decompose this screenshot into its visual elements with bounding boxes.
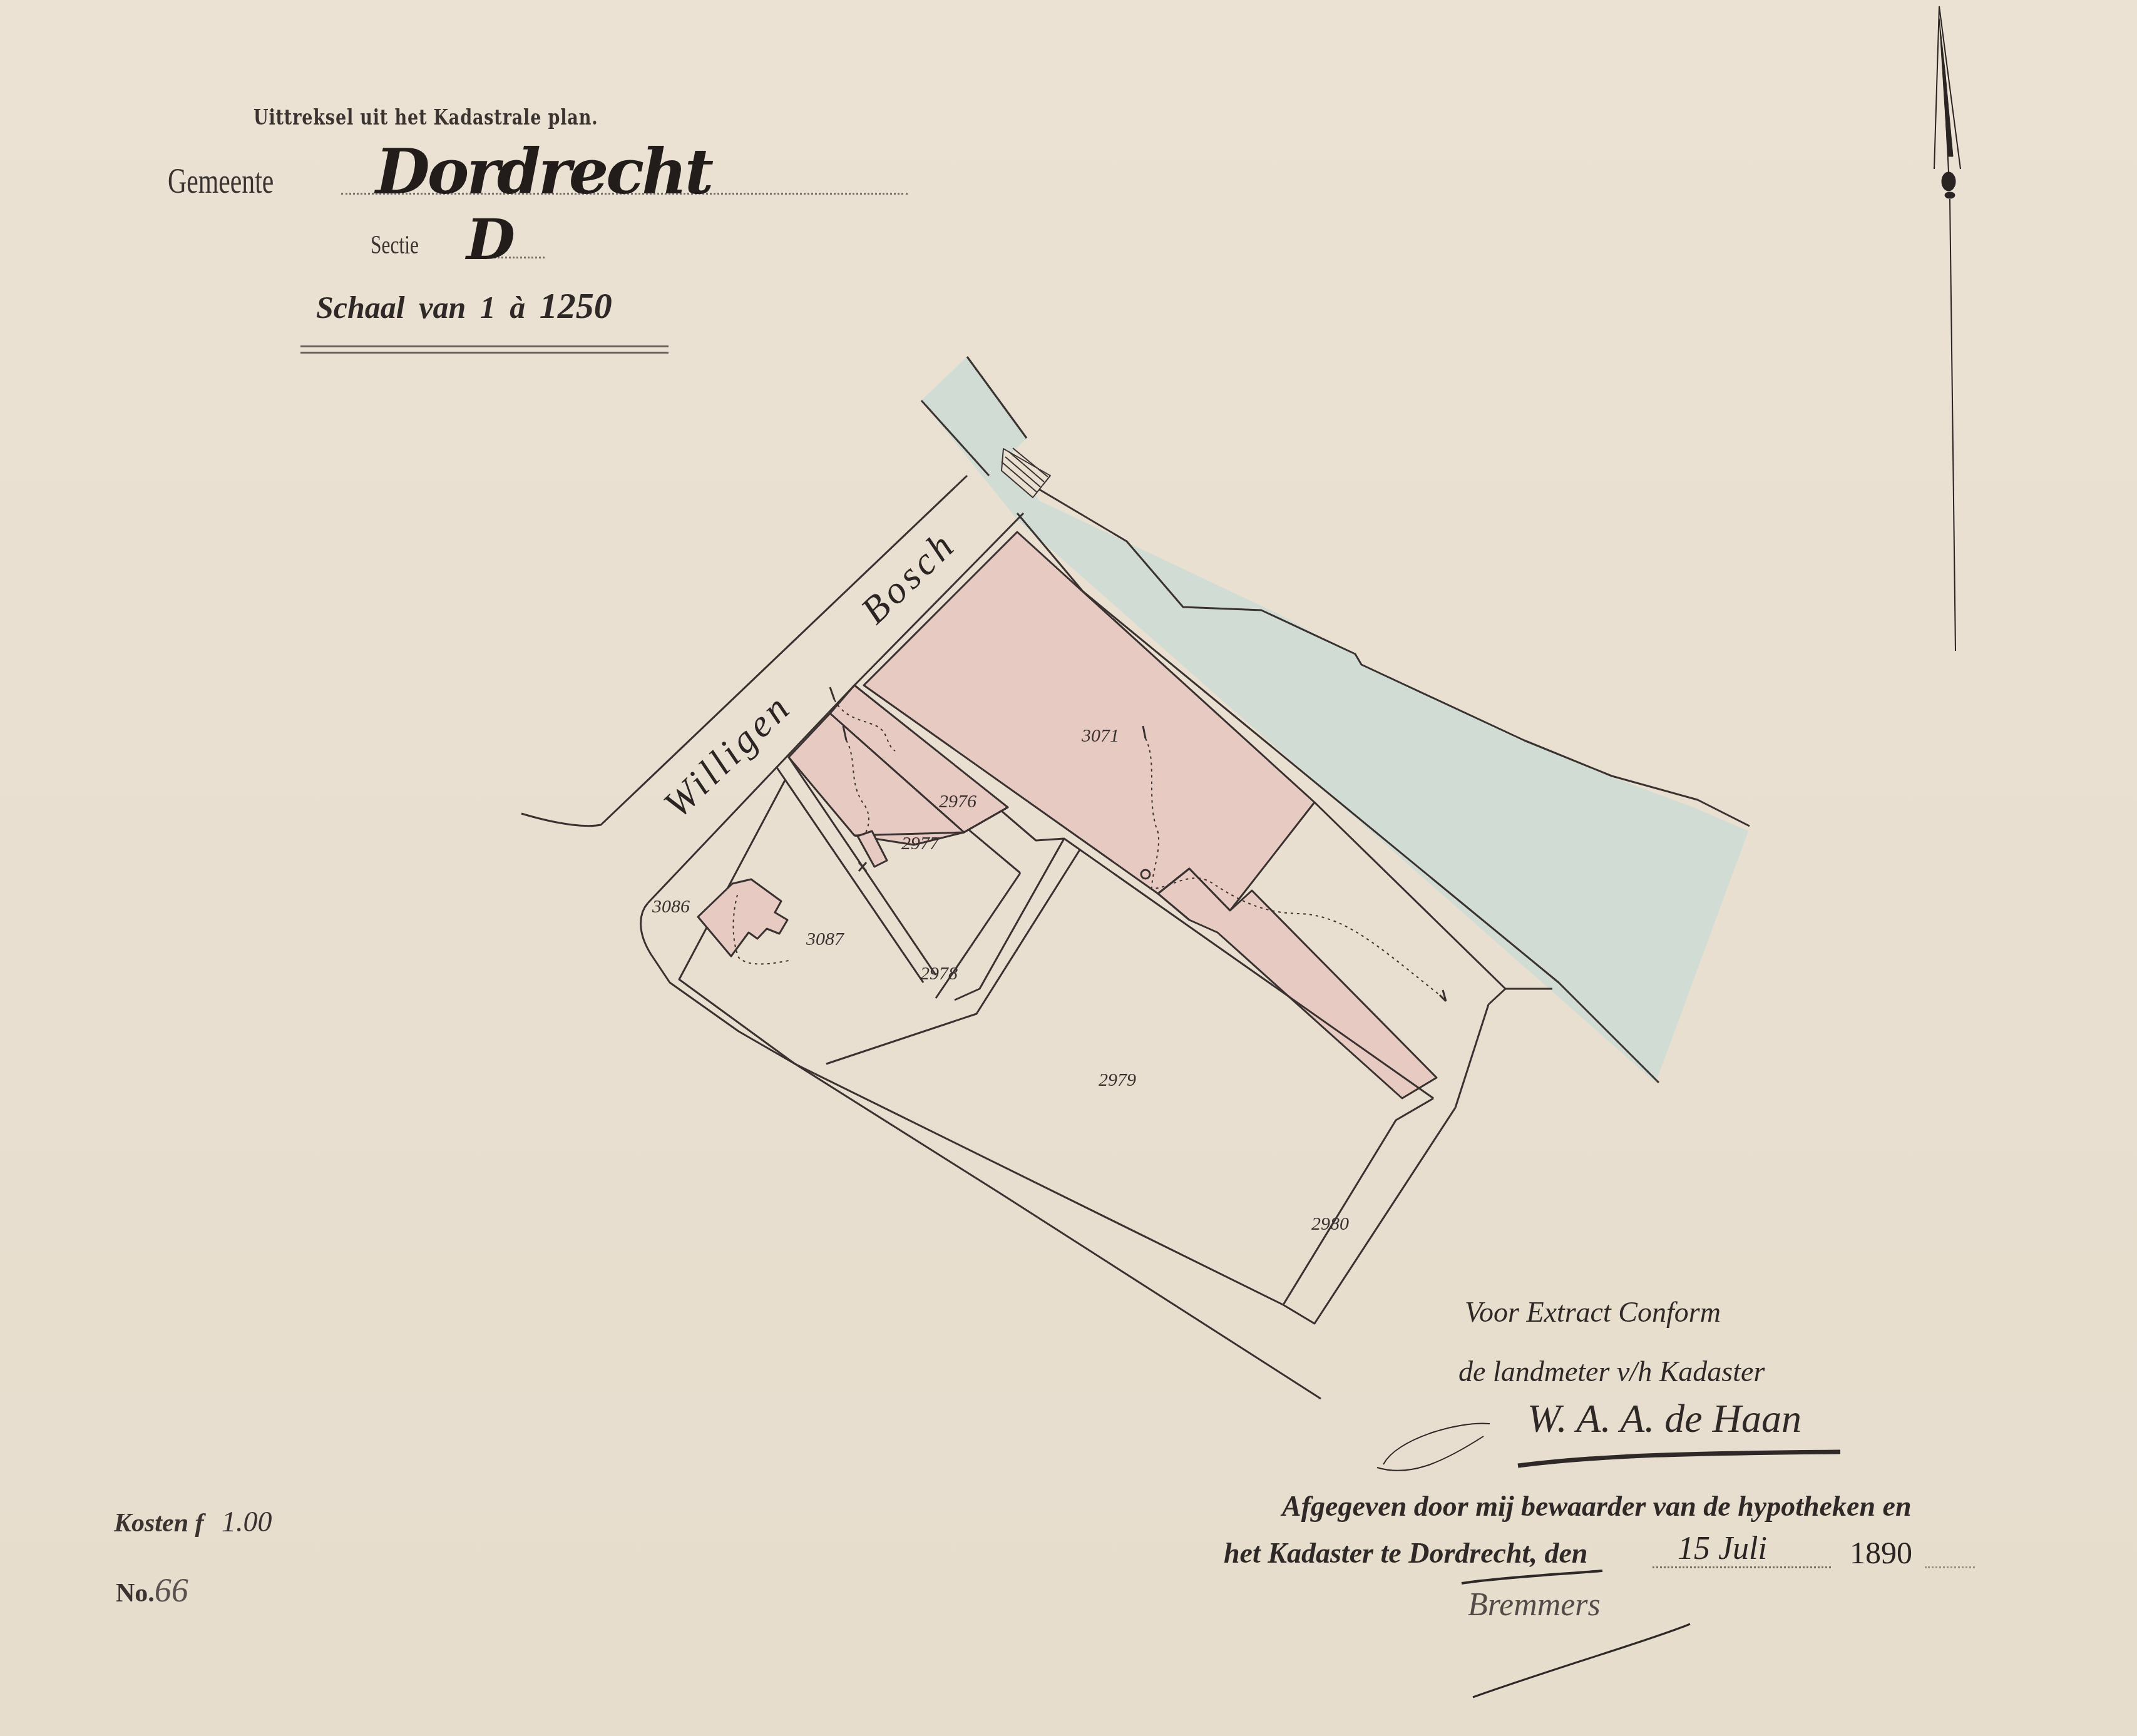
road-south-edge	[795, 1064, 1283, 1305]
north-arrow-icon	[1934, 6, 1960, 651]
strip-building	[1158, 869, 1437, 1098]
road-inner-edge	[641, 903, 1321, 1399]
cadastral-map: Willigen Bosch 3071 2976 2977 2978 2979 …	[0, 0, 2137, 1736]
street-label-willigen: Willigen	[655, 685, 799, 826]
parcel-number-2976: 2976	[939, 791, 976, 812]
document-sheet: Uittreksel uit het Kadastrale plan. Geme…	[0, 0, 2137, 1736]
number-line: No.66	[116, 1571, 188, 1610]
issue-date: 15 Juli	[1678, 1530, 1767, 1567]
parcel-2980-boundary	[1283, 1108, 1455, 1324]
flow-arrow-icon	[1440, 990, 1446, 1001]
parcel-2980-right	[1455, 1004, 1489, 1108]
boundary-cross-icon	[859, 862, 866, 871]
issue-year: 1890	[1850, 1534, 1912, 1571]
number-value: 66	[155, 1571, 188, 1609]
parcel-number-3086: 3086	[652, 896, 690, 917]
certification-line-2: de landmeter v/h Kadaster	[1458, 1355, 1765, 1388]
certification-line-1: Voor Extract Conform	[1465, 1295, 1721, 1329]
issued-line-2: het Kadaster te Dordrecht, den	[1224, 1536, 1587, 1570]
house-3087	[698, 879, 787, 956]
registrar-signature: Bremmers	[1468, 1586, 1601, 1623]
parcel-number-2978: 2978	[920, 963, 958, 984]
parcel-number-3087: 3087	[806, 929, 845, 949]
number-label: No.	[116, 1579, 155, 1608]
parcel-2979-boundary	[1283, 1098, 1433, 1305]
cost-line: Kosten f 1.00	[114, 1505, 272, 1538]
parcel-number-2979: 2979	[1099, 1070, 1136, 1090]
cost-value: 1.00	[222, 1506, 272, 1538]
surveyor-signature: W. A. A. de Haan	[1527, 1396, 1801, 1442]
flow-arrow-icon	[830, 687, 834, 700]
trailing-dotted-line	[1925, 1566, 1975, 1568]
issued-line-1: Afgegeven door mij bewaarder van de hypo…	[1282, 1489, 1912, 1523]
parcel-boundary-g	[826, 850, 1080, 1064]
parcel-number-3071: 3071	[1081, 725, 1119, 746]
parcel-number-2980: 2980	[1311, 1213, 1349, 1234]
cost-label: Kosten f	[114, 1509, 204, 1538]
parcel-number-2977: 2977	[901, 833, 940, 854]
